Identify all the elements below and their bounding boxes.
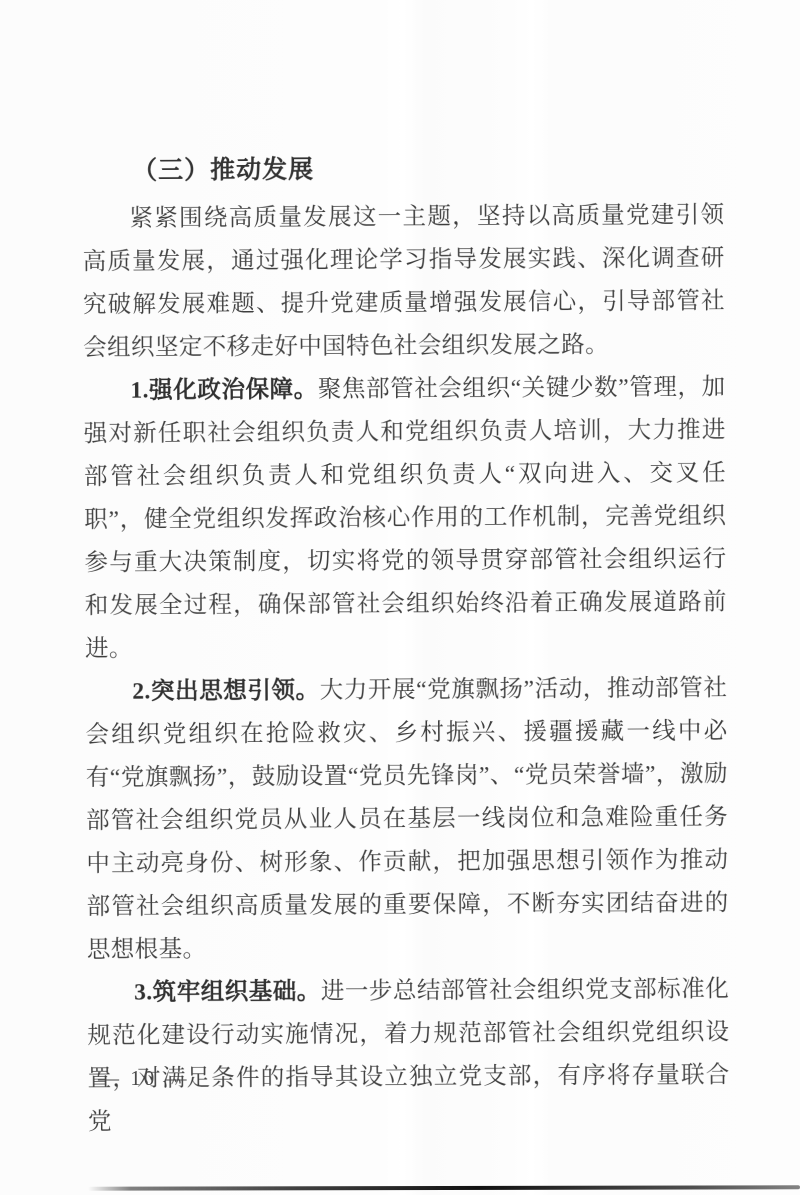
paragraph-item-1: 1.强化政治保障。聚焦部管社会组织“关键少数”管理，加强对新任职社会组织负责人和… bbox=[83, 366, 727, 671]
paragraph-1-text: 聚焦部管社会组织“关键少数”管理，加强对新任职社会组织负责人和党组织负责人培训，… bbox=[84, 374, 727, 662]
scan-bottom-edge-shadow bbox=[88, 1185, 800, 1190]
scanned-document-page: （三）推动发展 紧紧围绕高质量发展这一主题，坚持以高质量党建引领高质量发展，通过… bbox=[0, 0, 800, 1195]
paragraph-1-lead: 1.强化政治保障。 bbox=[130, 377, 318, 404]
paragraph-2-text: 大力开展“党旗飘扬”活动，推动部管社会组织党组织在抢险救灾、乡村振兴、援疆援藏一… bbox=[85, 675, 728, 963]
document-content: （三）推动发展 紧紧围绕高质量发展这一主题，坚持以高质量党建引领高质量发展，通过… bbox=[82, 146, 730, 1144]
intro-paragraph: 紧紧围绕高质量发展这一主题，坚持以高质量党建引领高质量发展，通过强化理论学习指导… bbox=[82, 194, 725, 370]
paragraph-3-lead: 3.筑牢组织基础。 bbox=[134, 979, 321, 1006]
paragraph-item-2: 2.突出思想引领。大力开展“党旗飘扬”活动，推动部管社会组织党组织在抢险救灾、乡… bbox=[85, 667, 729, 972]
section-heading: （三）推动发展 bbox=[82, 146, 724, 193]
page-number: — 10 — bbox=[98, 1066, 190, 1091]
paragraph-item-3: 3.筑牢组织基础。进一步总结部管社会组织党支部标准化规范化建设行动实施情况，着力… bbox=[87, 968, 730, 1144]
paragraph-2-lead: 2.突出思想引领。 bbox=[132, 678, 320, 705]
